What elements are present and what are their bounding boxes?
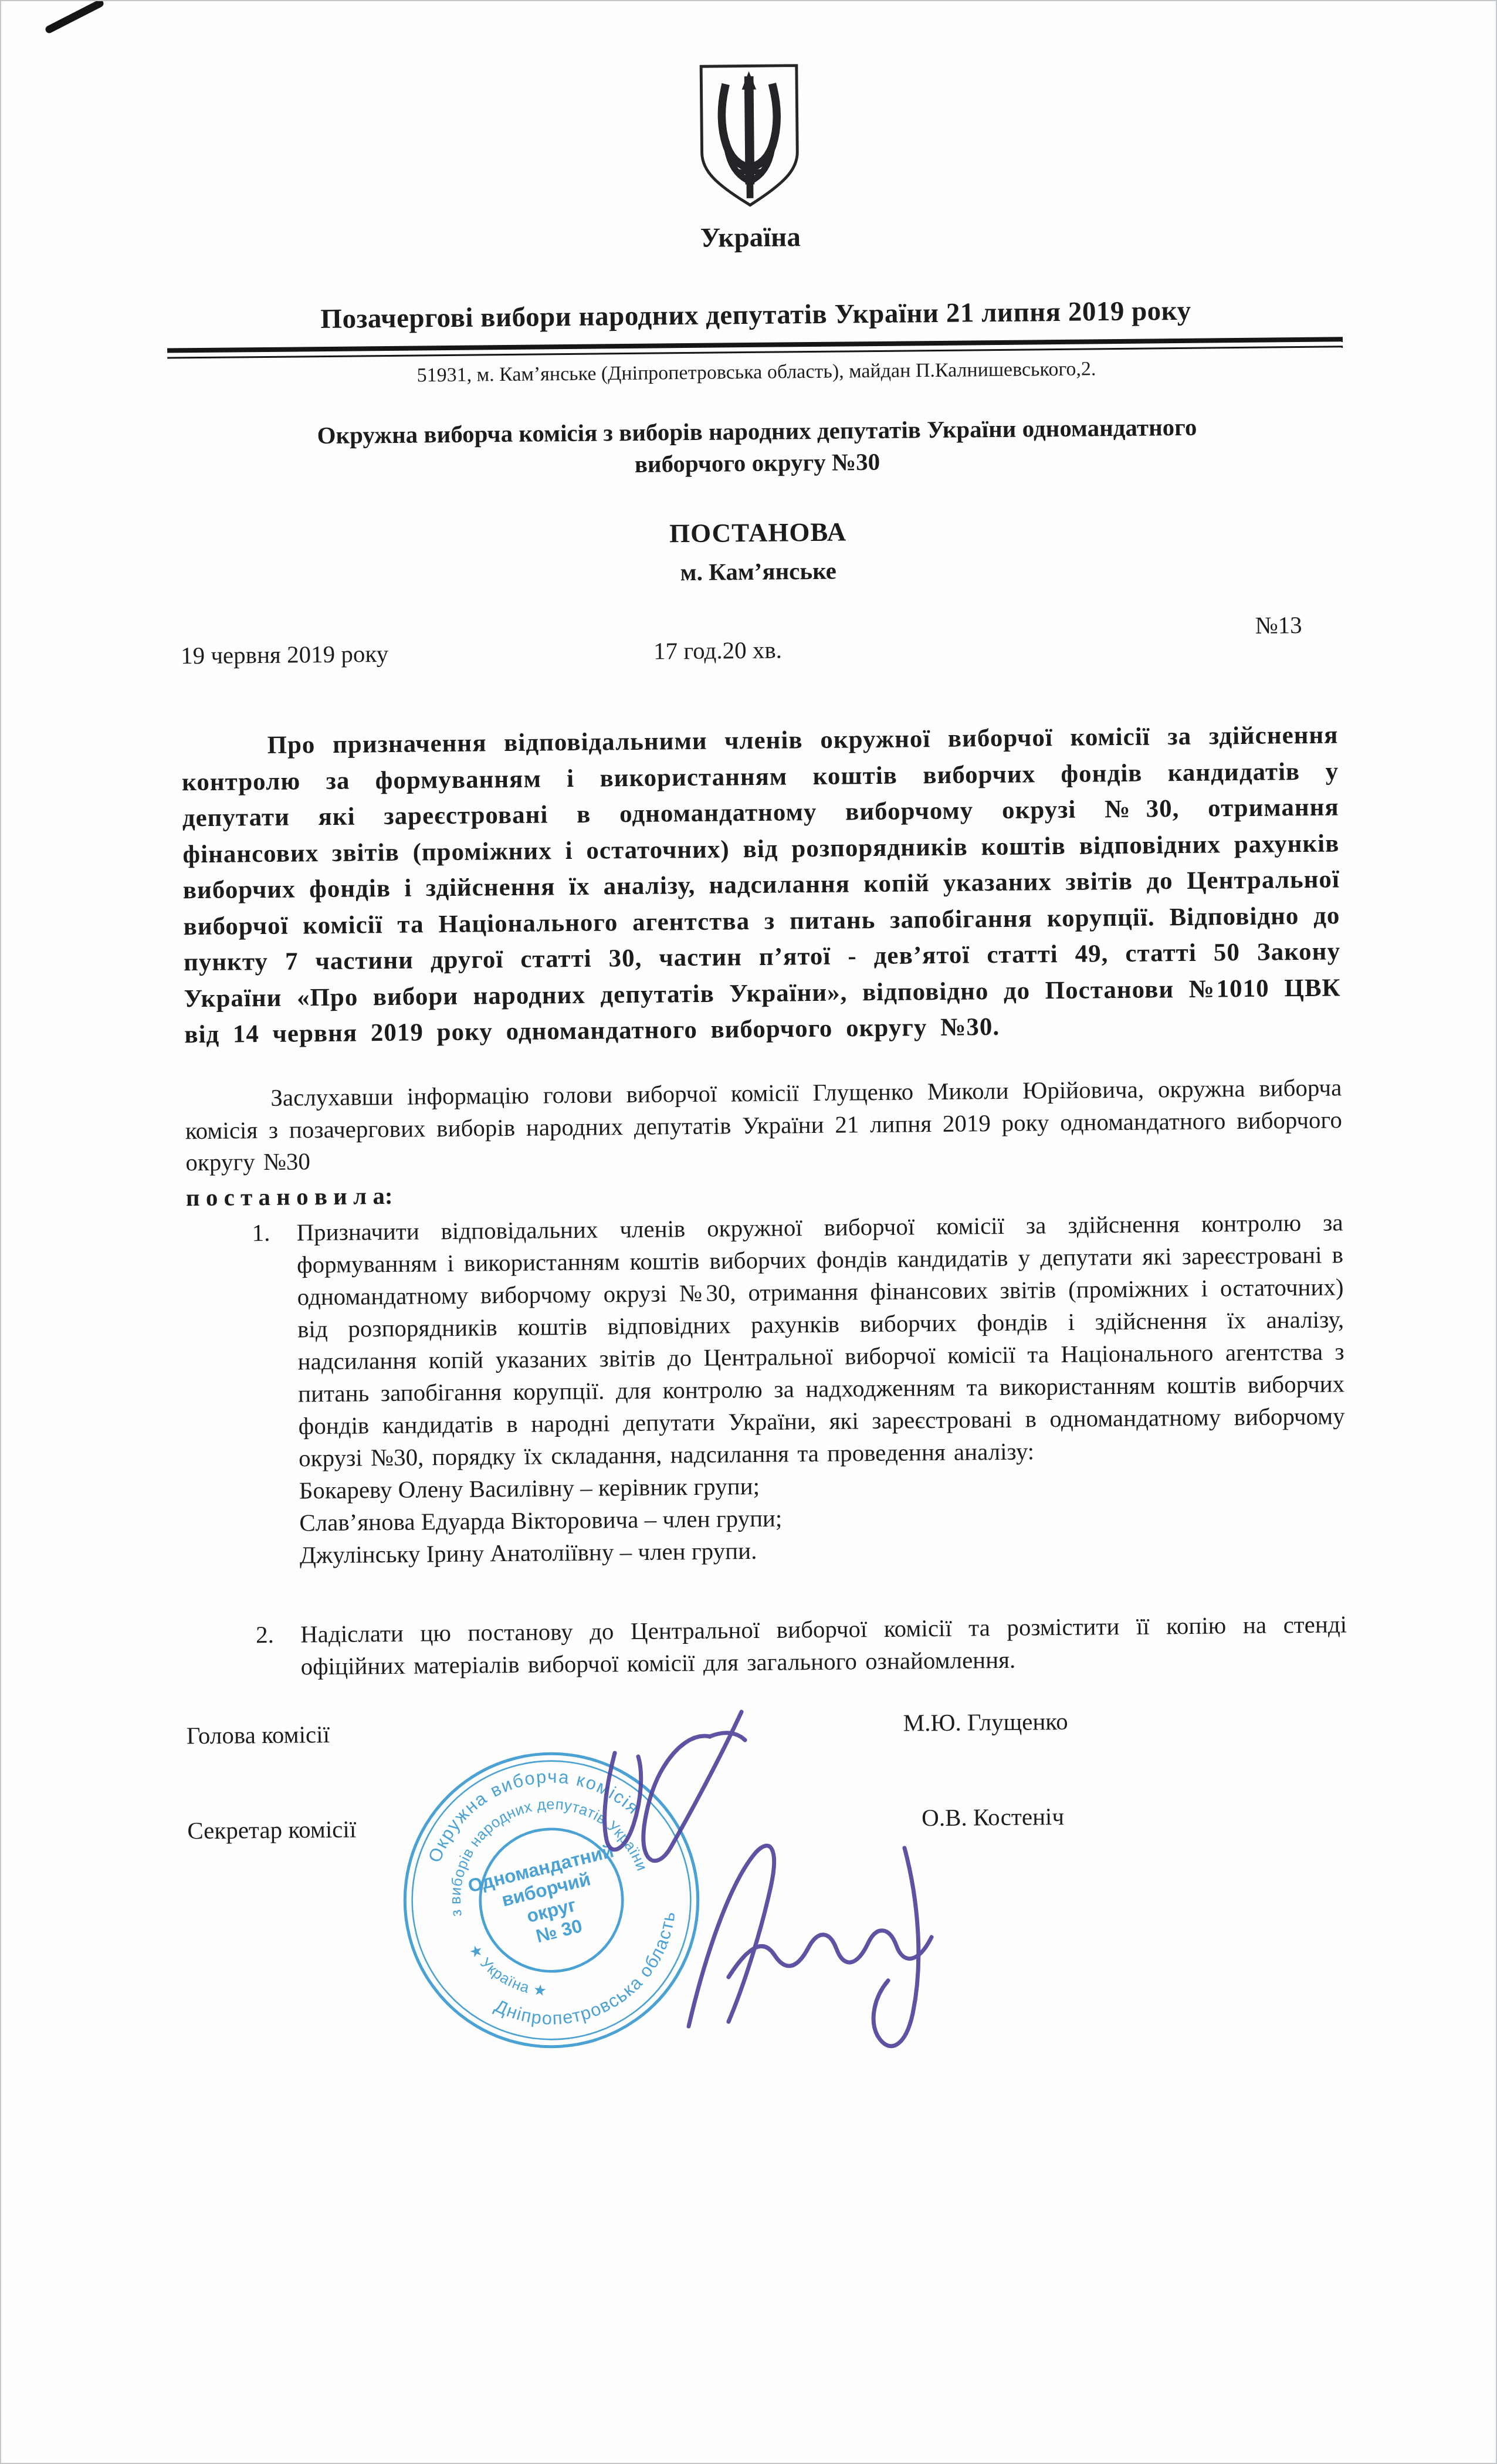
secretary-name: О.В. Костеніч: [922, 1802, 1064, 1832]
item-2-number: 2.: [256, 1618, 301, 1683]
preamble-paragraph: Заслухавши інформацію голови виборчої ко…: [185, 1071, 1342, 1179]
document-type-heading: ПОСТАНОВА: [179, 512, 1336, 554]
head-title: Голова комісії: [187, 1720, 330, 1749]
commission-name: Окружна виборча комісія з виборів народн…: [178, 409, 1336, 484]
item-2-text: Надіслати цю постанову до Центральної ви…: [300, 1608, 1347, 1683]
scanned-document-page: Україна Позачергові вибори народних депу…: [0, 0, 1497, 2464]
secretary-title: Секретар комісії: [187, 1815, 356, 1844]
resolved-label: п о с т а н о в и л а:: [186, 1173, 1343, 1212]
subject-paragraph: Про призначення відповідальними членів о…: [181, 717, 1341, 1053]
election-title: Позачергові вибори народних депутатів Ук…: [177, 293, 1334, 336]
text-column: Позачергові вибори народних депутатів Ук…: [4, 292, 1497, 1852]
secretary-handwritten-signature: [689, 1846, 932, 2046]
double-rule-divider: [167, 337, 1343, 358]
ukraine-trident-emblem: [691, 57, 808, 214]
scan-content: Україна Позачергові вибори народних депу…: [1, 0, 1497, 1852]
secretary-signature-row: Секретар комісії О.В. Костеніч: [192, 1805, 1349, 1850]
head-signature-row: Голова комісії М.Ю. Глущенко: [191, 1710, 1348, 1755]
document-place: м. Кам’янське: [180, 552, 1337, 591]
item-1-text: Призначити відповідальних членів окружно…: [296, 1209, 1345, 1472]
document-time: 17 год.20 хв.: [653, 636, 782, 665]
commission-address: 51931, м. Кам’янське (Дніпропетровська о…: [178, 356, 1335, 389]
resolution-item-1: 1. Призначити відповідальних членів окру…: [186, 1207, 1346, 1572]
document-number: №13: [1255, 611, 1302, 639]
country-label: Україна: [3, 215, 1497, 260]
item-1-number: 1.: [252, 1217, 300, 1572]
head-name: М.Ю. Глущенко: [903, 1707, 1068, 1737]
official-round-stamp: Окружна виборча комісія з виборів народн…: [398, 1747, 705, 2054]
resolution-item-2: 2. Надіслати цю постанову до Центральної…: [190, 1608, 1347, 1684]
item-1-body: Призначити відповідальних членів окружно…: [296, 1207, 1346, 1571]
date-time-number-row: 19 червня 2019 року 17 год.20 хв. №13: [181, 631, 1337, 670]
document-date: 19 червня 2019 року: [181, 639, 389, 669]
